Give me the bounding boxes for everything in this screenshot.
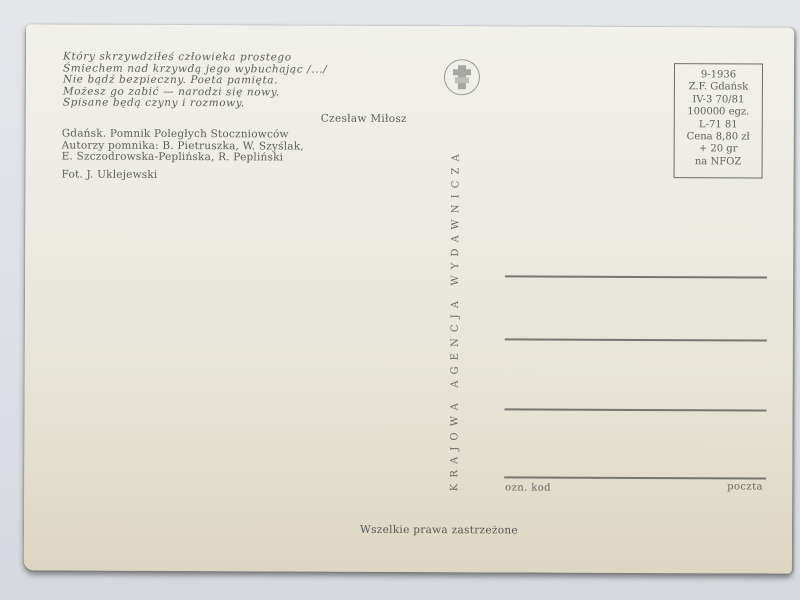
print-info-line: 9-1936 xyxy=(675,69,762,82)
poem-author: Czesław Miłosz xyxy=(321,114,407,126)
post-office-label: poczta xyxy=(727,481,763,492)
print-info-line: + 20 gr xyxy=(675,144,762,157)
address-line xyxy=(505,275,767,278)
address-line xyxy=(505,408,767,411)
postal-code-label: ozn. kod xyxy=(505,482,551,493)
caption-line: E. Szczodrowska-Peplińska, R. Pepliński xyxy=(62,152,304,165)
postcard-back: Który skrzywdziłeś człowieka prostego Śm… xyxy=(24,24,794,573)
print-info-line: IV-3 70/81 xyxy=(675,94,762,107)
print-info-line: Z.F. Gdańsk xyxy=(675,82,762,95)
caption: Gdańsk. Pomnik Poległych Stoczniowców Au… xyxy=(62,128,304,164)
kaw-logo-icon xyxy=(444,59,480,95)
publisher-name-vertical: KRAJOWA AGENCJA WYDAWNICZA xyxy=(449,148,461,491)
print-info-line: na NFOZ xyxy=(675,156,762,169)
print-info-line: L-71 81 xyxy=(675,119,762,132)
address-line xyxy=(505,338,767,341)
rights-notice: Wszelkie prawa zastrzeżone xyxy=(360,524,518,537)
print-info-line: Cena 8,80 zł xyxy=(675,131,762,144)
print-info-line: 100000 egz. xyxy=(675,106,762,119)
photo-credit: Fot. J. Uklejewski xyxy=(62,169,158,181)
print-info-box: 9-1936 Z.F. Gdańsk IV-3 70/81 100000 egz… xyxy=(674,63,764,178)
poem-line: Spisane będą czyny i rozmowy. xyxy=(63,98,327,111)
poem: Który skrzywdziłeś człowieka prostego Śm… xyxy=(63,51,328,110)
address-line xyxy=(504,476,766,479)
